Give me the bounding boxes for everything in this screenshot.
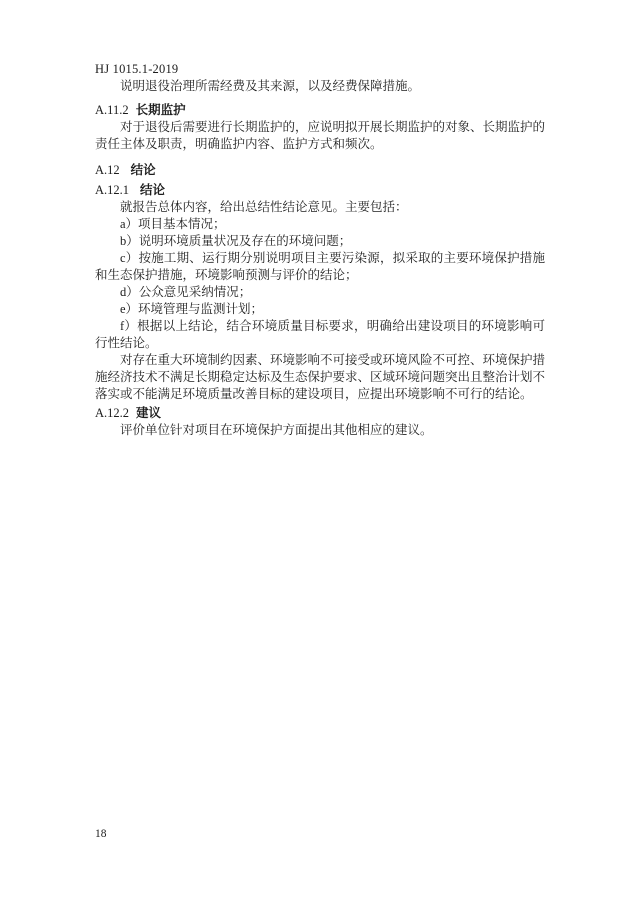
page-content: HJ 1015.1-2019 说明退役治理所需经费及其来源，以及经费保障措施。 … <box>95 61 545 439</box>
paragraph-funding: 说明退役治理所需经费及其来源，以及经费保障措施。 <box>95 78 545 95</box>
heading-number: A.12 <box>95 163 120 177</box>
heading-a12: A.12结论 <box>95 162 545 179</box>
heading-title: 长期监护 <box>136 103 186 117</box>
heading-title: 建议 <box>136 406 161 420</box>
heading-title: 结论 <box>131 163 156 177</box>
heading-number: A.12.2 <box>95 406 129 420</box>
running-header: HJ 1015.1-2019 <box>95 61 545 78</box>
heading-number: A.12.1 <box>95 183 129 197</box>
heading-a12-1: A.12.1结论 <box>95 182 545 199</box>
list-item-d: d）公众意见采纳情况； <box>95 284 545 301</box>
list-item-f: f）根据以上结论，结合环境质量目标要求，明确给出建设项目的环境影响可行性结论。 <box>95 318 545 352</box>
list-item-c: c）按施工期、运行期分别说明项目主要污染源，拟采取的主要环境保护措施和生态保护措… <box>95 250 545 284</box>
heading-a11-2: A.11.2长期监护 <box>95 102 545 119</box>
heading-a12-2: A.12.2建议 <box>95 405 545 422</box>
heading-number: A.11.2 <box>95 103 129 117</box>
paragraph-conclusion-final: 对存在重大环境制约因素、环境影响不可接受或环境风险不可控、环境保护措施经济技术不… <box>95 352 545 403</box>
paragraph-conclusion-lead: 就报告总体内容，给出总结性结论意见。主要包括： <box>95 199 545 216</box>
list-item-a: a）项目基本情况； <box>95 216 545 233</box>
page-number: 18 <box>95 827 107 842</box>
paragraph-a11-2: 对于退役后需要进行长期监护的，应说明拟开展长期监护的对象、长期监护的责任主体及职… <box>95 119 545 153</box>
list-item-e: e）环境管理与监测计划； <box>95 301 545 318</box>
list-item-b: b）说明环境质量状况及存在的环境问题； <box>95 233 545 250</box>
heading-title: 结论 <box>140 183 165 197</box>
document-page: HJ 1015.1-2019 说明退役治理所需经费及其来源，以及经费保障措施。 … <box>0 0 640 905</box>
paragraph-a12-2: 评价单位针对项目在环境保护方面提出其他相应的建议。 <box>95 422 545 439</box>
